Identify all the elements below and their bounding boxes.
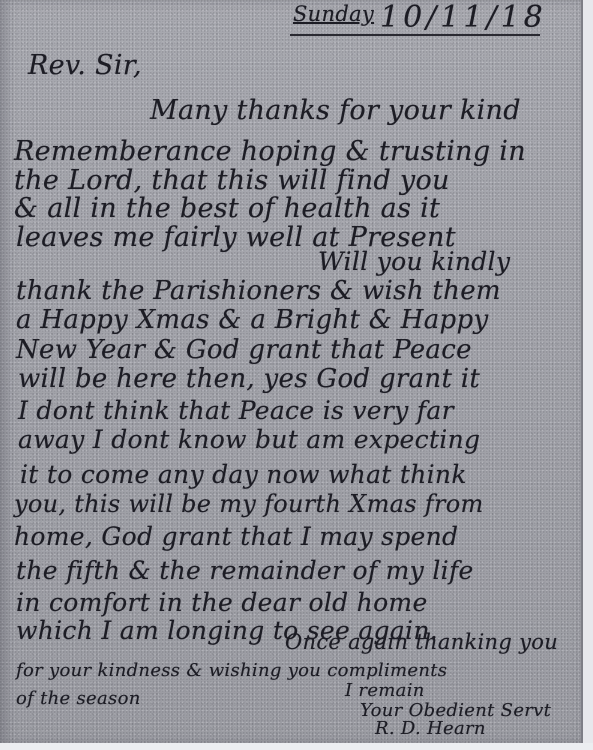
body-line-8: a Happy Xmas & a Bright & Happy — [16, 305, 488, 335]
body-line-19: Once again thanking you — [285, 630, 558, 654]
body-line-16: the fifth & the remainder of my life — [16, 556, 474, 585]
body-line-15: home, God grant that I may spend — [14, 522, 458, 551]
body-line-12: away I dont know but am expecting — [18, 425, 480, 454]
body-line-3: the Lord, that this will find you — [14, 165, 450, 196]
closing-remain: I remain — [345, 680, 425, 701]
date: 10/11/18 — [380, 0, 547, 35]
salutation: Rev. Sir, — [28, 50, 142, 81]
body-line-7: thank the Parishioners & wish them — [16, 276, 501, 306]
scan-margin-right — [583, 0, 593, 750]
body-line-20: for your kindness & wishing you complime… — [16, 660, 447, 681]
date-day: Sunday — [293, 2, 374, 26]
body-line-17: in comfort in the dear old home — [16, 588, 428, 617]
body-line-6: Will you kindly — [318, 247, 510, 276]
body-line-13: it to come any day now what think — [20, 460, 467, 489]
body-line-2: Rememberance hoping & trusting in — [14, 136, 526, 167]
signature: R. D. Hearn — [375, 718, 486, 739]
date-underline — [290, 34, 540, 36]
body-line-10: will be here then, yes God grant it — [18, 364, 480, 394]
body-line-11: I dont think that Peace is very far — [18, 396, 454, 425]
body-line-21: of the season — [16, 688, 141, 709]
body-line-9: New Year & God grant that Peace — [16, 335, 472, 365]
body-line-4: & all in the best of health as it — [14, 193, 440, 224]
body-line-14: you, this will be my fourth Xmas from — [14, 490, 484, 518]
letter-page: Sunday 10/11/18 Rev. Sir, Many thanks fo… — [0, 0, 583, 743]
scan-margin-bottom — [0, 743, 593, 750]
body-line-1: Many thanks for your kind — [150, 95, 521, 126]
